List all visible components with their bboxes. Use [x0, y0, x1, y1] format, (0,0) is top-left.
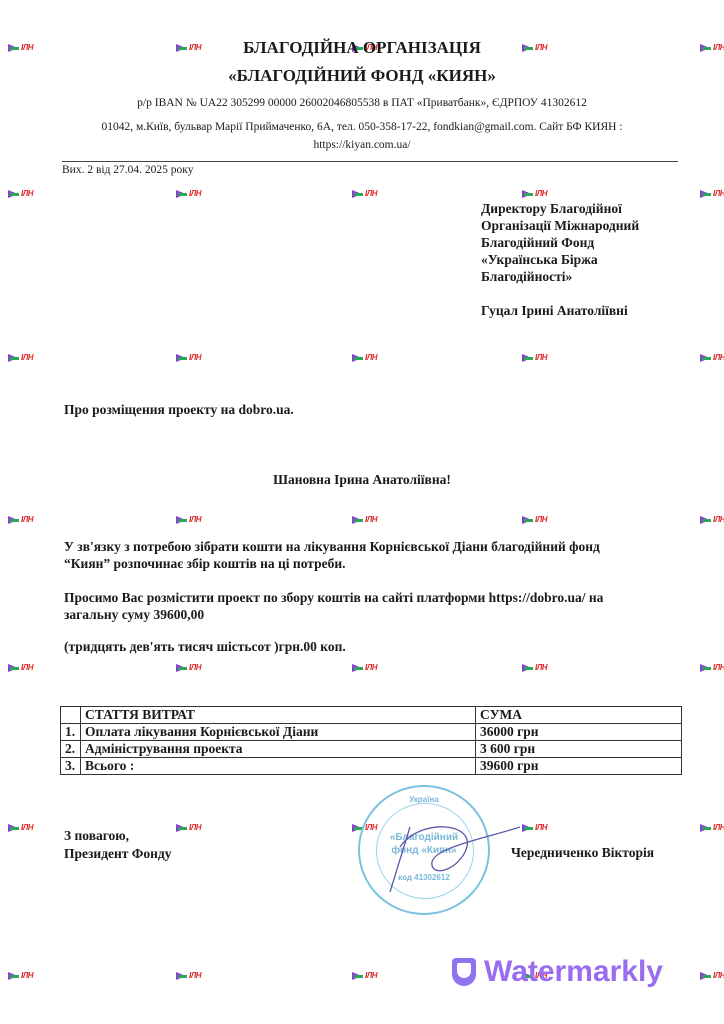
watermark-logo-icon: ІЛН: [522, 662, 548, 674]
watermark-logo-icon: ІЛН: [352, 188, 378, 200]
watermark-logo-icon: ІЛН: [700, 352, 724, 364]
watermark-logo-icon: ІЛН: [522, 514, 548, 526]
signature-scribble-icon: [370, 807, 520, 897]
watermark-logo-icon: ІЛН: [8, 188, 34, 200]
amount-in-words: (тридцять дев'ять тисяч шістьсот )грн.00…: [64, 639, 346, 655]
table-row: 2. Адміністрування проекта 3 600 грн: [61, 741, 682, 758]
org-title-line1: БЛАГОДІЙНА ОРГАНІЗАЦІЯ: [0, 38, 724, 58]
body-paragraph-1: У зв'язку з потребою зібрати кошти на лі…: [64, 538, 600, 572]
row-number: 3.: [61, 758, 81, 775]
body-text-line: Просимо Вас розмістити проект по збору к…: [64, 589, 603, 606]
signer-name: Чередниченко Вікторія: [511, 845, 654, 861]
costs-table: СТАТТЯ ВИТРАТ СУМА 1. Оплата лікування К…: [60, 706, 682, 775]
body-text-line: загальну суму 39600,00: [64, 606, 603, 623]
watermark-logo-icon: ІЛН: [700, 514, 724, 526]
watermark-logo-icon: ІЛН: [176, 514, 202, 526]
row-number: 2.: [61, 741, 81, 758]
watermark-logo-icon: ІЛН: [352, 352, 378, 364]
watermark-logo-icon: ІЛН: [700, 662, 724, 674]
addressee-line: Благодійний Фонд: [481, 234, 639, 251]
cost-item: Адміністрування проекта: [81, 741, 476, 758]
signature-block: З повагою, Президент Фонду: [64, 827, 172, 863]
watermark-logo-icon: ІЛН: [352, 514, 378, 526]
watermark-logo-icon: ІЛН: [8, 970, 34, 982]
table-header-row: СТАТТЯ ВИТРАТ СУМА: [61, 707, 682, 724]
watermark-logo-icon: ІЛН: [522, 822, 548, 834]
watermark-logo-icon: ІЛН: [8, 352, 34, 364]
watermark-logo-icon: ІЛН: [8, 514, 34, 526]
body-paragraph-2: Просимо Вас розмістити проект по збору к…: [64, 589, 603, 623]
table-row: 3. Всього : 39600 грн: [61, 758, 682, 775]
table-header-cell: СТАТТЯ ВИТРАТ: [81, 707, 476, 724]
closing: З повагою,: [64, 827, 172, 845]
cost-item: Всього :: [81, 758, 476, 775]
outgoing-reference: Вих. 2 від 27.04. 2025 року: [62, 164, 193, 176]
watermarkly-label: Watermarkly: [484, 955, 663, 989]
watermark-logo-icon: ІЛН: [176, 822, 202, 834]
watermark-logo-icon: ІЛН: [176, 970, 202, 982]
addressee-line: Благодійності»: [481, 268, 639, 285]
watermark-logo-icon: ІЛН: [176, 188, 202, 200]
table-header-cell: СУМА: [476, 707, 682, 724]
org-title-line2: «БЛАГОДІЙНИЙ ФОНД «КИЯН»: [0, 66, 724, 86]
bank-details: р/р IBAN № UA22 305299 00000 26002046805…: [0, 97, 724, 109]
stamp-top-text: Україна: [360, 795, 488, 804]
watermark-logo-icon: ІЛН: [352, 970, 378, 982]
watermark-logo-icon: ІЛН: [522, 188, 548, 200]
addressee-line: Директору Благодійної: [481, 200, 639, 217]
signer-position: Президент Фонду: [64, 845, 172, 863]
address-line: 01042, м.Київ, бульвар Марії Приймаченко…: [0, 121, 724, 133]
watermark-logo-icon: ІЛН: [8, 662, 34, 674]
watermark-logo-icon: ІЛН: [176, 662, 202, 674]
addressee-line: Організації Міжнародний: [481, 217, 639, 234]
watermark-logo-icon: ІЛН: [700, 822, 724, 834]
cost-amount: 39600 грн: [476, 758, 682, 775]
row-number: 1.: [61, 724, 81, 741]
subject-line: Про розміщення проекту на dobro.ua.: [64, 402, 294, 418]
website-link: https://kiyan.com.ua/: [0, 139, 724, 151]
table-row: 1. Оплата лікування Корнієвської Діани 3…: [61, 724, 682, 741]
shield-icon: [452, 958, 476, 986]
official-stamp: Україна «Благодійний фонд «Киян» код 413…: [358, 785, 490, 915]
addressee-line: «Українська Біржа: [481, 251, 639, 268]
watermarkly-badge: Watermarkly: [452, 955, 663, 989]
watermark-logo-icon: ІЛН: [176, 352, 202, 364]
cost-item: Оплата лікування Корнієвської Діани: [81, 724, 476, 741]
watermark-logo-icon: ІЛН: [8, 822, 34, 834]
table-header-cell: [61, 707, 81, 724]
watermark-logo-icon: ІЛН: [700, 970, 724, 982]
watermark-logo-icon: ІЛН: [700, 188, 724, 200]
addressee-name: Гуцал Ірині Анатоліївні: [481, 302, 639, 319]
body-text-line: У зв'язку з потребою зібрати кошти на лі…: [64, 538, 600, 555]
cost-amount: 3 600 грн: [476, 741, 682, 758]
watermark-logo-icon: ІЛН: [352, 662, 378, 674]
salutation: Шановна Ірина Анатоліївна!: [0, 472, 724, 488]
body-text-line: “Киян” розпочинає збір коштів на ці потр…: [64, 555, 600, 572]
cost-amount: 36000 грн: [476, 724, 682, 741]
watermark-logo-icon: ІЛН: [522, 352, 548, 364]
addressee-block: Директору Благодійної Організації Міжнар…: [481, 200, 639, 319]
header-divider: [62, 161, 678, 162]
